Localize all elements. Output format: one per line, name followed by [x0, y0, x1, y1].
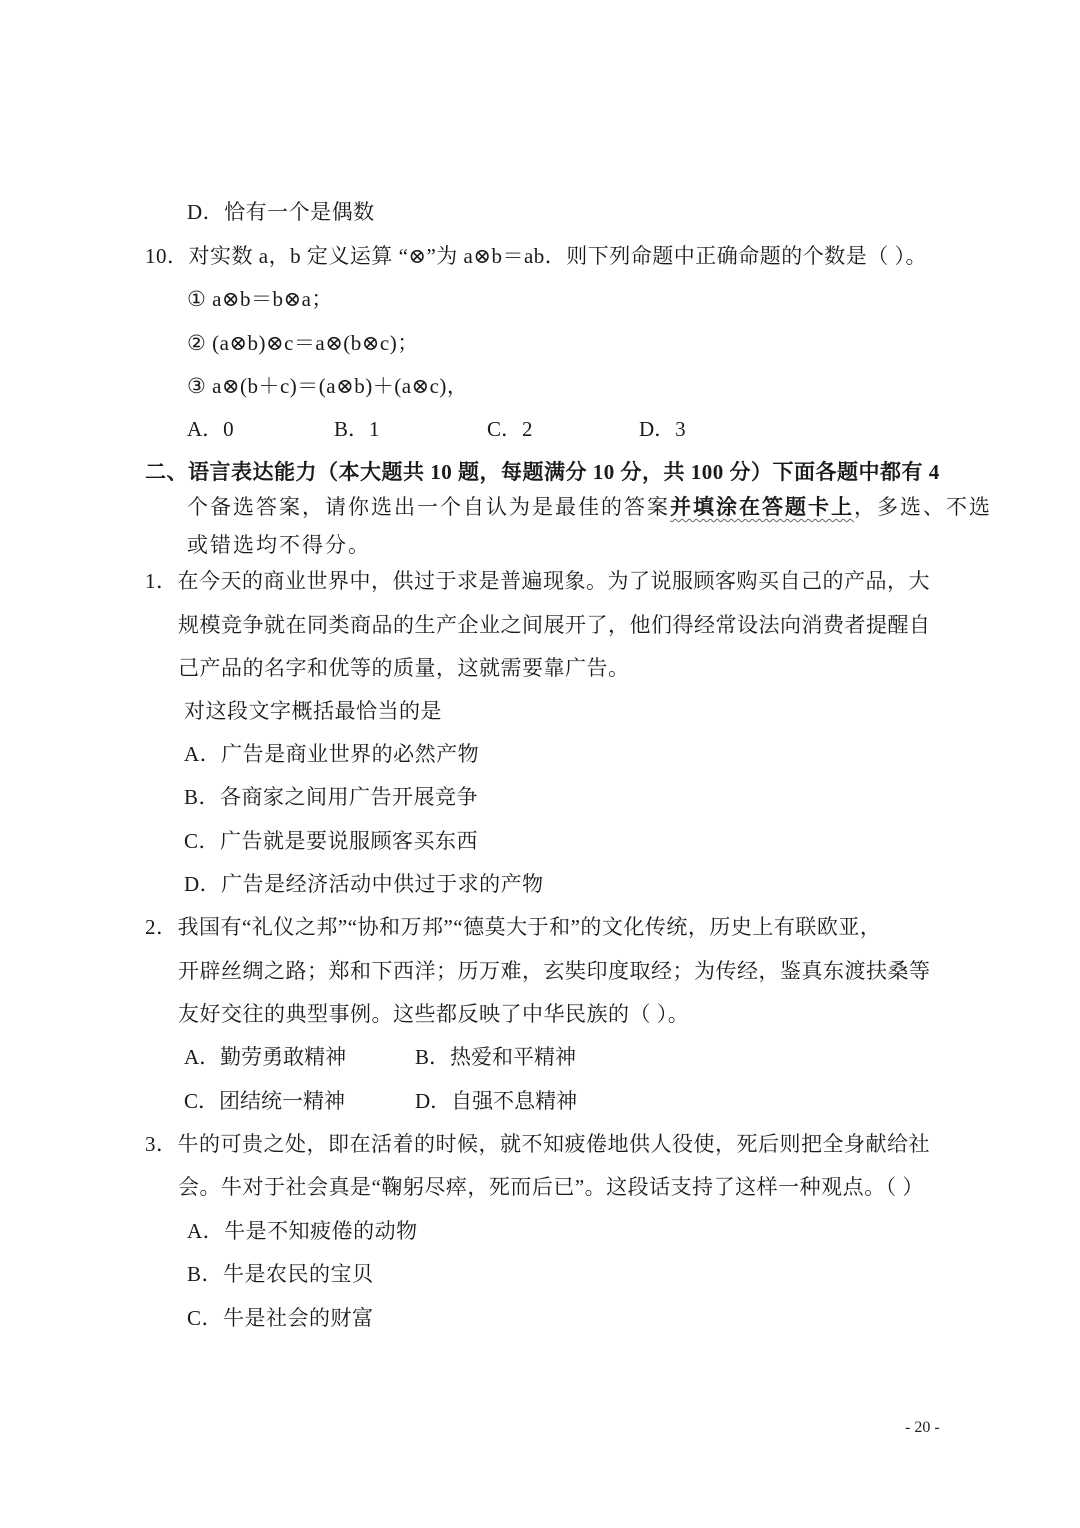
- q2-option-a: A．勤劳勇敢精神: [184, 1042, 346, 1072]
- q10-stem: 10．对实数 a，b 定义运算 “⊗”为 a⊗b＝ab．则下列命题中正确命题的个…: [145, 241, 927, 271]
- q10-statement-1: ① a⊗b＝b⊗a；: [187, 284, 333, 314]
- instructions-text: 个备选答案，请你选出一个自认为是最佳的答案: [187, 495, 670, 519]
- q2-text-line-2: 开辟丝绸之路；郑和下西洋；历万难，玄奘印度取经；为传经，鉴真东渡扶桑等: [178, 956, 931, 986]
- q2-option-b: B．热爱和平精神: [415, 1042, 576, 1072]
- q10-option-c: C．2: [487, 414, 533, 444]
- q3-text-line-1: 3．牛的可贵之处，即在活着的时候，就不知疲倦地供人役使，死后则把全身献给社: [145, 1129, 930, 1159]
- section-2-instructions-line3: 或错选均不得分。: [187, 530, 371, 560]
- q1-text-line-2: 规模竞争就在同类商品的生产企业之间展开了，他们得经常设法向消费者提醒自: [178, 610, 931, 640]
- section-2-heading: 二、语言表达能力（本大题共 10 题，每题满分 10 分，共 100 分）下面各…: [145, 457, 940, 487]
- q3-option-c: C．牛是社会的财富: [187, 1303, 374, 1333]
- q1-text-line-1: 1．在今天的商业世界中，供过于求是普遍现象。为了说服顾客购买自己的产品，大: [145, 566, 930, 596]
- q1-prompt: 对这段文字概括最恰当的是: [184, 696, 442, 726]
- q2-option-c: C．团结统一精神: [184, 1086, 345, 1116]
- prev-question-option-d: D．恰有一个是偶数: [187, 197, 375, 227]
- q10-option-a: A．0: [187, 414, 234, 444]
- q10-statement-3: ③ a⊗(b＋c)＝(a⊗b)＋(a⊗c)，: [187, 371, 468, 401]
- q3-option-a: A．牛是不知疲倦的动物: [187, 1216, 418, 1246]
- q1-option-b: B．各商家之间用广告开展竞争: [184, 782, 478, 812]
- section-2-instructions-line2: 个备选答案，请你选出一个自认为是最佳的答案并填涂在答题卡上，多选、不选: [187, 492, 992, 522]
- q3-option-b: B．牛是农民的宝贝: [187, 1259, 374, 1289]
- instructions-text-tail: ，多选、不选: [854, 495, 992, 519]
- q2-text-line-3: 友好交往的典型事例。这些都反映了中华民族的（ ）。: [178, 999, 689, 1029]
- page-number: - 20 -: [905, 1416, 940, 1440]
- q2-option-d: D．自强不息精神: [415, 1086, 577, 1116]
- q10-statement-2: ② (a⊗b)⊗c＝a⊗(b⊗c)；: [187, 328, 419, 358]
- q1-text-line-3: 己产品的名字和优等的质量，这就需要靠广告。: [178, 653, 630, 683]
- q1-option-a: A．广告是商业世界的必然产物: [184, 739, 479, 769]
- q10-option-b: B．1: [334, 414, 380, 444]
- q3-text-line-2: 会。牛对于社会真是“鞠躬尽瘁，死而后已”。这段话支持了这样一种观点。（ ）: [178, 1172, 924, 1202]
- q2-text-line-1: 2．我国有“礼仪之邦”“协和万邦”“德莫大于和”的文化传统，历史上有联欧亚，: [145, 912, 881, 942]
- q1-option-d: D．广告是经济活动中供过于求的产物: [184, 869, 544, 899]
- q10-option-d: D．3: [639, 414, 686, 444]
- instructions-emphasis: 并填涂在答题卡上: [670, 494, 854, 519]
- q1-option-c: C．广告就是要说服顾客买东西: [184, 826, 478, 856]
